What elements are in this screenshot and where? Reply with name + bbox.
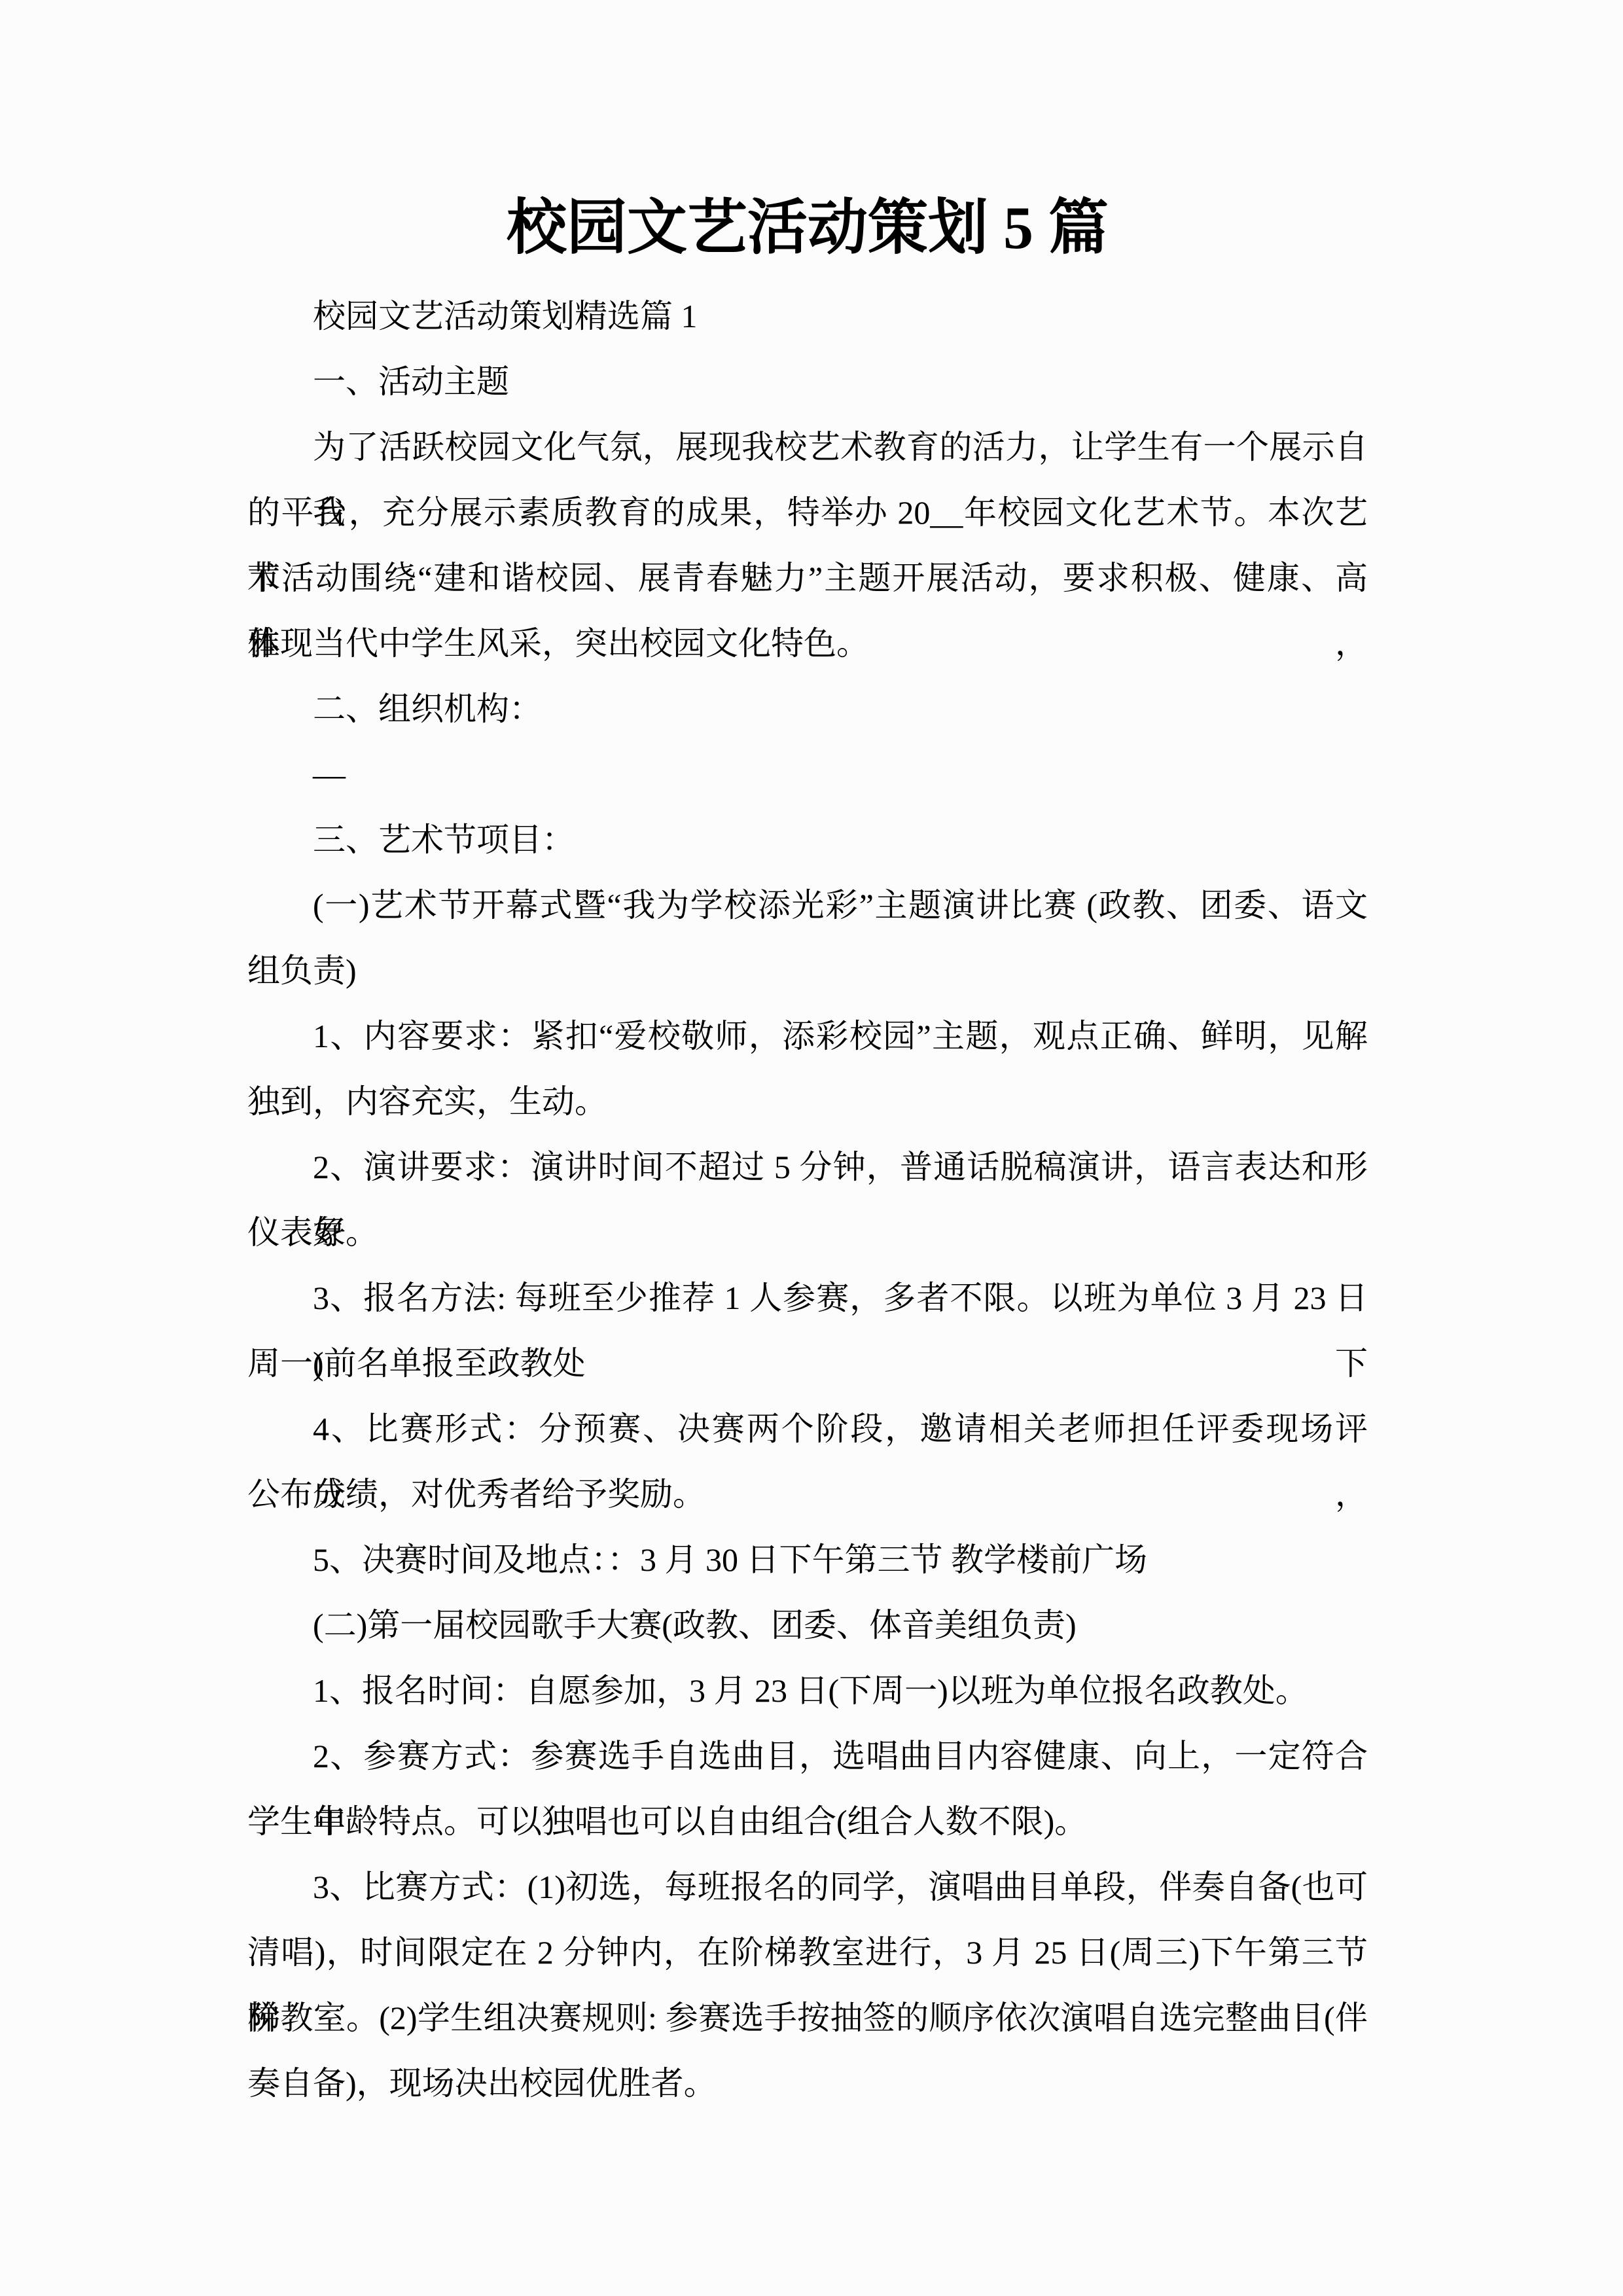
text-line: 独到，内容充实，生动。 — [247, 1069, 1368, 1134]
text-line: 三、艺术节项目： — [247, 807, 1368, 872]
text-line: 4、比赛形式：分预赛、决赛两个阶段，邀请相关老师担任评委现场评分， — [247, 1396, 1368, 1462]
text-line: 学生年龄特点。可以独唱也可以自由组合(组合人数不限)。 — [247, 1789, 1368, 1854]
text-line: (一)艺术节开幕式暨“我为学校添光彩”主题演讲比赛 (政教、团委、语文 — [247, 872, 1368, 938]
text-line: 一、活动主题 — [247, 349, 1368, 414]
document-body: 校园文艺活动策划精选篇 1一、活动主题为了活跃校园文化气氛，展现我校艺术教育的活… — [247, 283, 1368, 2116]
document-content: 校园文艺活动策划 5 篇 校园文艺活动策划精选篇 1一、活动主题为了活跃校园文化… — [247, 182, 1368, 2116]
text-line: 为了活跃校园文化气氛，展现我校艺术教育的活力，让学生有一个展示自我 — [247, 414, 1368, 480]
text-line: 组负责) — [247, 938, 1368, 1003]
text-line: 奏自备)，现场决出校园优胜者。 — [247, 2051, 1368, 2116]
document-page: 校园文艺活动策划 5 篇 校园文艺活动策划精选篇 1一、活动主题为了活跃校园文化… — [0, 0, 1623, 2296]
text-line: 1、内容要求：紧扣“爱校敬师，添彩校园”主题，观点正确、鲜明，见解 — [247, 1003, 1368, 1069]
text-line: 二、组织机构： — [247, 676, 1368, 742]
text-line: 节活动围绕“建和谐校园、展青春魅力”主题开展活动，要求积极、健康、高雅， — [247, 545, 1368, 611]
text-line: 5、决赛时间及地点：：3 月 30 日下午第三节 教学楼前广场 — [247, 1527, 1368, 1592]
document-title: 校园文艺活动策划 5 篇 — [247, 182, 1368, 274]
text-line: 清唱)，时间限定在 2 分钟内，在阶梯教室进行，3 月 25 日(周三)下午第三… — [247, 1920, 1368, 1985]
text-line: (二)第一届校园歌手大赛(政教、团委、体音美组负责) — [247, 1592, 1368, 1658]
text-line: 梯教室。(2)学生组决赛规则: 参赛选手按抽签的顺序依次演唱自选完整曲目(伴 — [247, 1985, 1368, 2051]
text-line: 仪表好。 — [247, 1200, 1368, 1265]
text-line: — — [247, 742, 1368, 807]
text-line: 的平台，充分展示素质教育的成果，特举办 20__年校园文化艺术节。本次艺术 — [247, 480, 1368, 545]
text-line: 2、演讲要求：演讲时间不超过 5 分钟，普通话脱稿演讲，语言表达和形象 — [247, 1134, 1368, 1200]
text-line: 校园文艺活动策划精选篇 1 — [247, 283, 1368, 349]
text-line: 2、参赛方式：参赛选手自选曲目，选唱曲目内容健康、向上，一定符合中 — [247, 1723, 1368, 1789]
text-line: 3、比赛方式：(1)初选，每班报名的同学，演唱曲目单段，伴奏自备(也可 — [247, 1854, 1368, 1920]
text-line: 1、报名时间：自愿参加，3 月 23 日(下周一)以班为单位报名政教处。 — [247, 1658, 1368, 1723]
text-line: 3、报名方法: 每班至少推荐 1 人参赛，多者不限。以班为单位 3 月 23 日… — [247, 1265, 1368, 1331]
